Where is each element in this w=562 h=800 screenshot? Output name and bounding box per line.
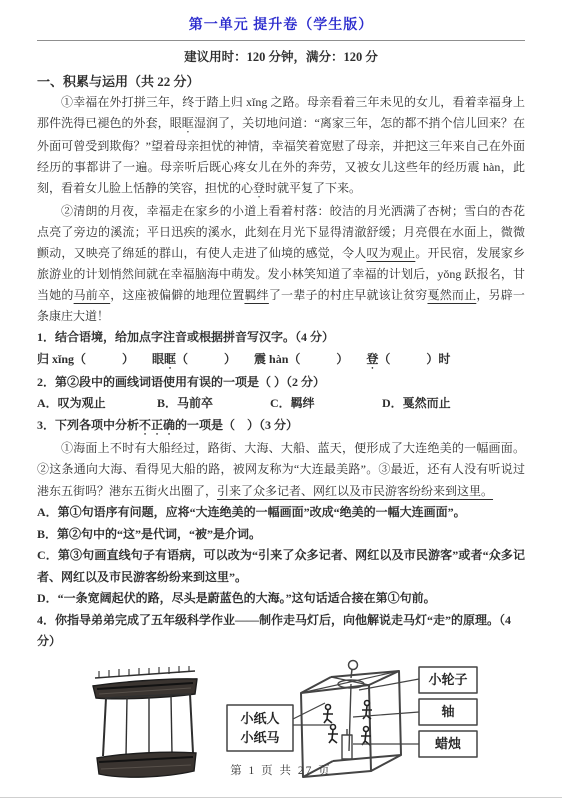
axle-connector <box>353 712 419 717</box>
paragraph-1: ①幸福在外打拼三年，终于踏上归 xǐng 之路。母亲看着三年未见的女儿，看着幸福… <box>37 92 525 201</box>
axle-label: 轴 <box>441 704 454 719</box>
hanging-ring <box>349 660 358 669</box>
question-4-label: 4．你指导弟弟完成了五年级科学作业——制作走马灯后，向他解说走马灯“走”的原理。… <box>37 610 525 653</box>
dotted-char-kuang: 眶 <box>164 352 176 366</box>
page-bottom-edge <box>0 797 562 798</box>
candle-part <box>342 735 352 759</box>
candle-label: 蜡烛 <box>434 736 462 751</box>
question-3-option-c: C．第③句画直线句子有语病，可以改为“引来了众多记者、网红以及市民游客”或者“众… <box>37 545 525 588</box>
question-2-label: 2．第②段中的画线词语使用有误的一项是（ ）（2 分） <box>37 372 525 394</box>
wheel-label: 小轮子 <box>428 672 467 687</box>
page-number: 第 1 页 共 27 页 <box>0 762 562 778</box>
dotted-char-deng: 登 <box>366 352 378 366</box>
question-3-label: 3．下列各项中分析不正确的一项是（ ）（3 分） <box>37 415 525 438</box>
question-3-option-a: A．第①句语序有问题，应将“大连绝美的一幅画面”改成“绝美的一幅大连画面”。 <box>37 502 525 524</box>
para2-text: ，这座被偏僻的地理位置 <box>110 288 244 302</box>
paper-connector-1 <box>293 703 325 719</box>
option-c: C．羁绊 <box>270 393 382 415</box>
page-title: 第一单元 提升卷（学生版） <box>37 14 525 34</box>
question-1-label: 1．结合语境，给加点字注音或根据拼音写汉字。（4 分） <box>37 327 525 349</box>
paper-figures-label-line2: 小纸马 <box>240 730 279 745</box>
q3-label-text: 3．下列各项中分析 <box>37 418 139 432</box>
question-2-options: A．叹为观止 B．马前卒 C．羁绊 D．戛然而止 <box>37 393 525 415</box>
question-3-passage: ①海面上不时有大船经过，路街、大海、大船、蓝天，便形成了大连绝美的一幅画面。②这… <box>37 438 525 503</box>
paragraph-2: ②清朗的月夜，幸福走在家乡的小道上看着村落：皎洁的月光洒满了杏树；雪白的杏花点亮… <box>37 201 525 327</box>
paper-figures-label-line1: 小纸人 <box>240 711 279 726</box>
underlined-word-jiban: 羁绊 <box>244 288 268 302</box>
option-d: D．戛然而止 <box>382 393 451 415</box>
blank-text: （ ） 震 hàn（ ） <box>176 352 366 366</box>
blank-text: 归 xǐng（ ） 眼 <box>37 352 164 366</box>
underlined-word-maqianzu: 马前卒 <box>74 288 111 302</box>
para1-text: 时就平复了下来。 <box>265 181 361 195</box>
option-b: B．马前卒 <box>157 393 270 415</box>
blank-text: （ ）时 <box>378 352 450 366</box>
exam-time-score: 建议用时：120 分钟，满分：120 分 <box>37 47 525 65</box>
dotted-char-deng: 登 <box>253 181 265 195</box>
question-1-blanks: 归 xǐng（ ） 眼眶（ ） 震 hàn（ ） 登（ ）时 <box>37 349 525 372</box>
option-a: A．叹为观止 <box>37 393 157 415</box>
question-3-option-b: B．第②句中的“这”是代词，“被”是介词。 <box>37 524 525 546</box>
paper-figures-part <box>323 700 372 745</box>
dotted-word-incorrect: 不正确 <box>139 418 175 432</box>
underlined-word-jiaraner zhi: 戛然而止 <box>428 288 477 302</box>
axle-part <box>349 684 351 751</box>
q3-underlined-sentence: 引来了众多记者、网红以及市民游客纷纷来到这里。 <box>217 484 493 498</box>
para2-text: 了一辈子的村庄早就该让贫穷 <box>269 288 428 302</box>
exam-page: 第一单元 提升卷（学生版） 建议用时：120 分钟，满分：120 分 一、积累与… <box>0 0 562 789</box>
dotted-char-kuang: 眶 <box>182 116 194 130</box>
question-3-option-d: D．“一条宽阔起伏的路，尽头是蔚蓝色的大海。”这句话适合接在第①句前。 <box>37 588 525 610</box>
q3-label-text: 的一项是（ ）（3 分） <box>175 418 298 432</box>
section-heading: 一、积累与运用（共 22 分） <box>37 71 525 90</box>
title-divider <box>37 40 525 41</box>
underlined-word-tanweiguanzhi: 叹为观止 <box>367 246 416 260</box>
